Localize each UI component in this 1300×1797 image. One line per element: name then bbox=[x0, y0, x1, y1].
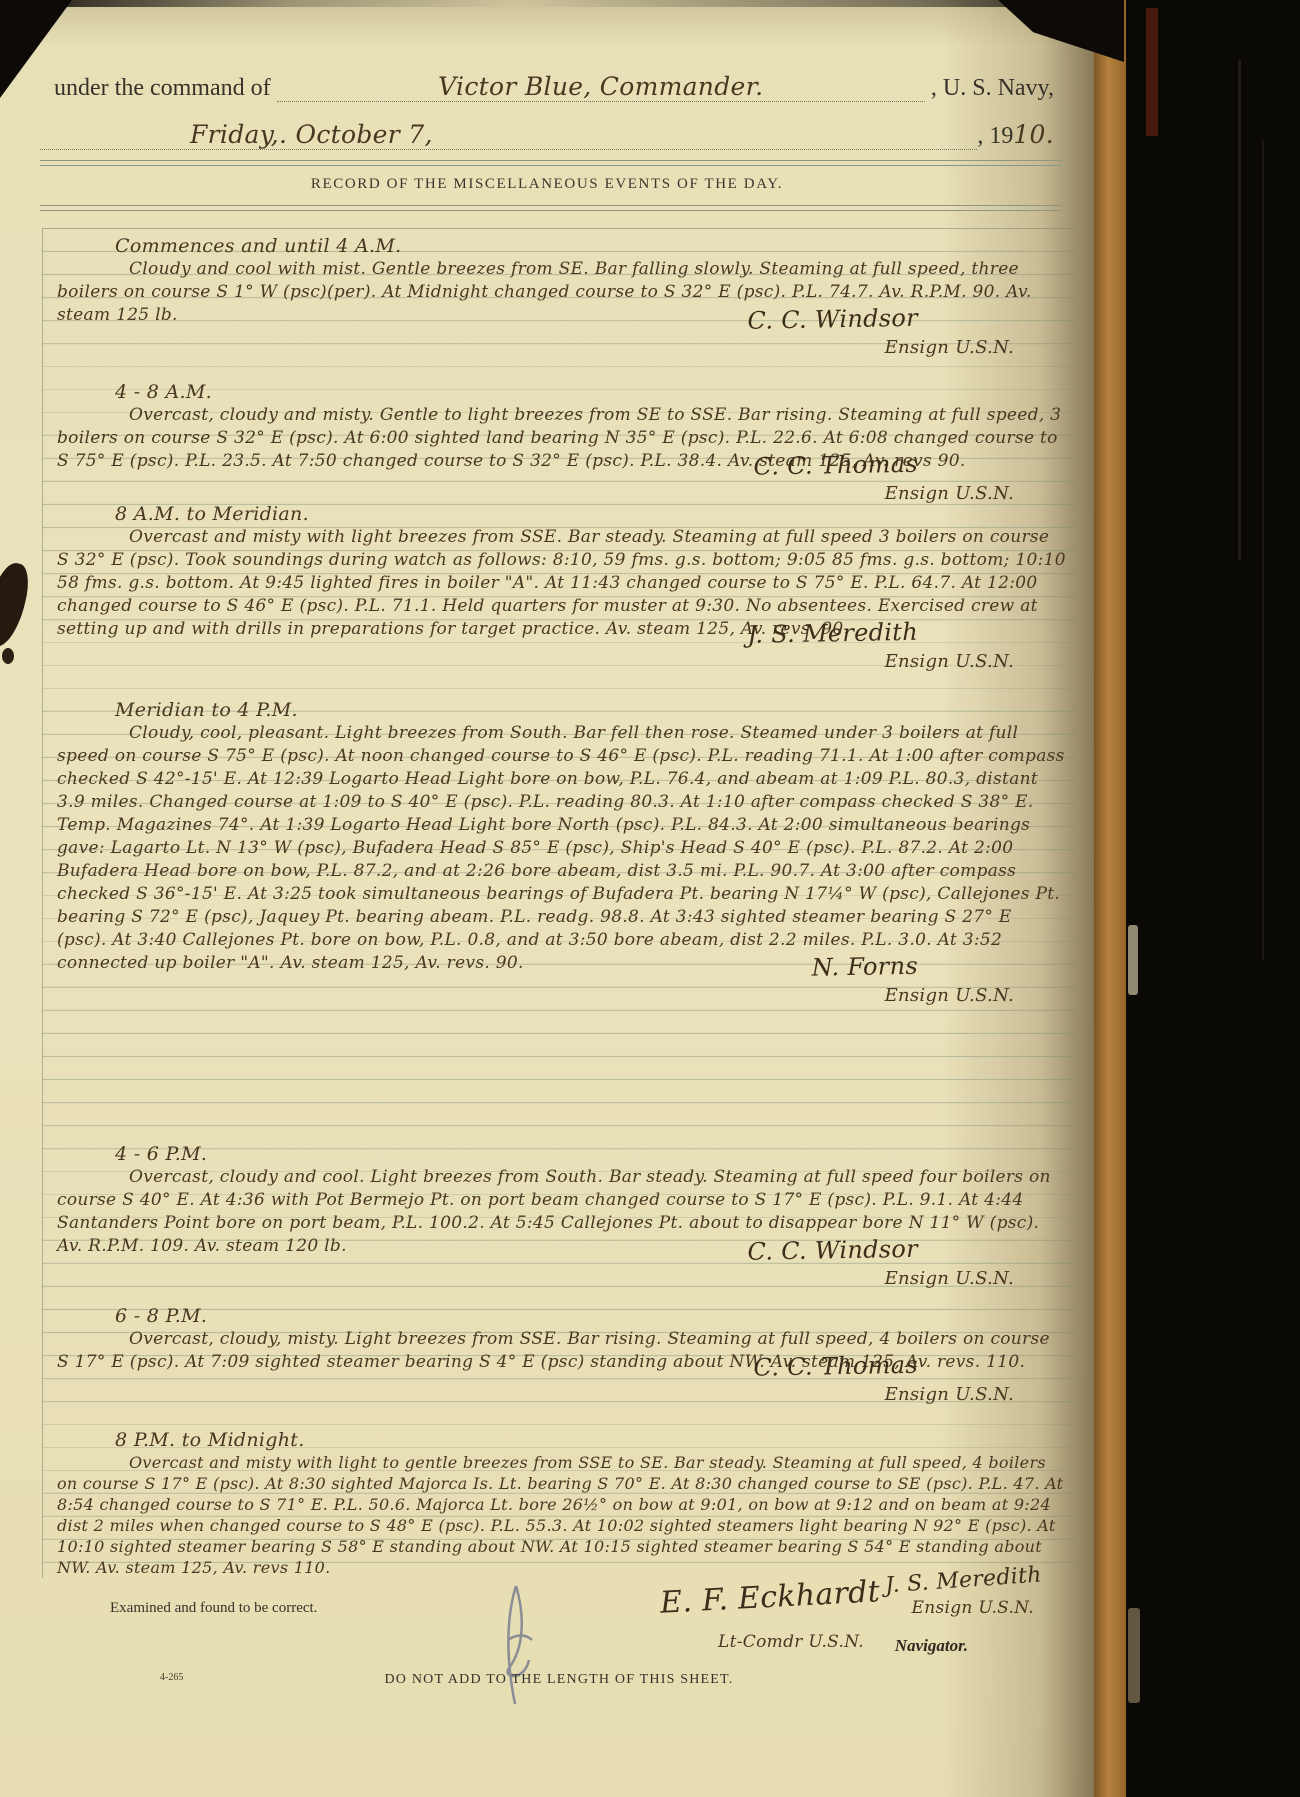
page-edge-highlight bbox=[1128, 925, 1138, 995]
page-edge-highlight bbox=[1128, 1608, 1140, 1703]
examined-statement: Examined and found to be correct. bbox=[110, 1600, 317, 1617]
log-entry-6-8pm: 6 - 8 P.M. Overcast, cloudy, misty. Ligh… bbox=[57, 1305, 1066, 1429]
entry-heading: 4 - 8 A.M. bbox=[57, 381, 1066, 404]
date-line: Friday,. October 7, , 19 10. bbox=[40, 120, 1054, 150]
log-entry-4-8am: 4 - 8 A.M. Overcast, cloudy and misty. G… bbox=[57, 381, 1066, 503]
red-page-edge bbox=[1146, 8, 1158, 136]
do-not-add-notice: DO NOT ADD TO THE LENGTH OF THIS SHEET. bbox=[42, 1672, 1076, 1688]
ink-smudge bbox=[0, 559, 34, 651]
year-handwritten: 10. bbox=[1013, 120, 1054, 149]
entry-heading: 4 - 6 P.M. bbox=[57, 1143, 1066, 1166]
entry-heading: Commences and until 4 A.M. bbox=[57, 235, 1066, 258]
log-entry-commences-4am: Commences and until 4 A.M. Cloudy and co… bbox=[57, 235, 1066, 381]
midwatch-officer-rank: Ensign U.S.N. bbox=[912, 1598, 1034, 1618]
ink-smudge-small bbox=[2, 648, 14, 664]
log-entry-meridian-4pm: Meridian to 4 P.M. Cloudy, cool, pleasan… bbox=[57, 699, 1066, 1143]
log-entry-8pm-midnight: 8 P.M. to Midnight. Overcast and misty w… bbox=[57, 1429, 1066, 1578]
page-edge-streak bbox=[1262, 140, 1264, 960]
printed-navy-suffix: , U. S. Navy, bbox=[931, 75, 1054, 102]
logbook-photo: under the command of Victor Blue, Comman… bbox=[0, 0, 1300, 1797]
entry-body: Overcast and misty with light to gentle … bbox=[57, 1452, 1066, 1578]
entry-signoff: C. C. Thomas Ensign U.S.N. bbox=[57, 457, 1066, 503]
logbook-page: under the command of Victor Blue, Comman… bbox=[0, 0, 1094, 1797]
entry-signoff: C. C. Thomas Ensign U.S.N. bbox=[57, 1358, 1066, 1404]
navigator-printed-label: Navigator. bbox=[895, 1636, 968, 1656]
page-footer: Examined and found to be correct. E. F. … bbox=[42, 1588, 1076, 1788]
double-rule-top bbox=[40, 160, 1062, 166]
form-title: RECORD OF THE MISCELLANEOUS EVENTS OF TH… bbox=[0, 176, 1094, 193]
page-edge-streak bbox=[1238, 60, 1241, 560]
entry-signoff: J. S. Meredith Ensign U.S.N. bbox=[57, 625, 1066, 671]
year-printed: , 19 bbox=[977, 123, 1013, 150]
double-rule-bottom bbox=[40, 205, 1062, 211]
printed-command-prefix: under the command of bbox=[54, 75, 271, 102]
entry-heading: Meridian to 4 P.M. bbox=[57, 699, 1066, 722]
commander-name-handwritten: Victor Blue, Commander. bbox=[277, 72, 925, 102]
log-entries-area: Commences and until 4 A.M. Cloudy and co… bbox=[42, 228, 1076, 1578]
navigator-signature: E. F. Eckhardt bbox=[659, 1574, 881, 1620]
entry-signoff: C. C. Windsor Ensign U.S.N. bbox=[57, 311, 1066, 357]
navigator-rank: Lt-Comdr U.S.N. bbox=[718, 1632, 864, 1652]
dark-background-band bbox=[1126, 0, 1300, 1797]
log-entry-8am-meridian: 8 A.M. to Meridian. Overcast and misty w… bbox=[57, 503, 1066, 699]
entry-heading: 8 A.M. to Meridian. bbox=[57, 503, 1066, 526]
entry-signoff: C. C. Windsor Ensign U.S.N. bbox=[57, 1242, 1066, 1288]
pencil-monogram-signature bbox=[494, 1582, 540, 1717]
log-entry-4-6pm: 4 - 6 P.M. Overcast, cloudy and cool. Li… bbox=[57, 1143, 1066, 1305]
book-gutter-edge bbox=[1094, 0, 1126, 1797]
entry-body: Cloudy, cool, pleasant. Light breezes fr… bbox=[57, 722, 1066, 975]
entry-heading: 6 - 8 P.M. bbox=[57, 1305, 1066, 1328]
entry-heading: 8 P.M. to Midnight. bbox=[57, 1429, 1066, 1452]
entry-signoff: N. Forns Ensign U.S.N. bbox=[57, 959, 1066, 1005]
date-handwritten: Friday,. October 7, bbox=[40, 120, 977, 150]
command-line: under the command of Victor Blue, Comman… bbox=[54, 72, 1054, 102]
photo-top-edge bbox=[0, 0, 1124, 7]
